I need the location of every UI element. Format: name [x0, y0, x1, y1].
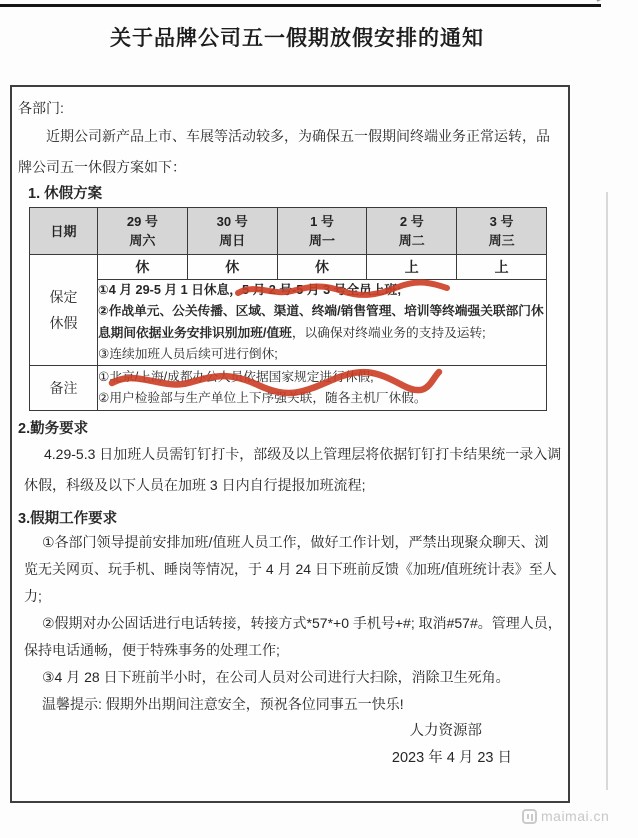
day-date: 1 号 — [310, 214, 334, 229]
day-week: 周二 — [399, 233, 425, 248]
remark-notes-cell: ①北京/上海/成都办公人员依据国家规定进行休假; ②用户检验部与生产单位上下序强… — [98, 366, 547, 411]
holiday-schedule-table: 日期 29 号 周六 30 号 周日 1 号 周一 2 号 周二 3 号 周三 — [29, 207, 547, 411]
section2-paragraph: 4.29-5.3 日加班人员需钉钉打卡，部级及以上管理层将依据钉钉打卡结果统一录… — [24, 439, 562, 501]
day-week: 周日 — [219, 233, 245, 248]
watermark-text: maimai.cn — [541, 808, 609, 824]
notice-page: { "doc": { "title": "关于品牌公司五一假期放假安排的通知",… — [0, 0, 638, 838]
remark-note-2: ②用户检验部与生产单位上下序强关联，随各主机厂休假。 — [98, 391, 427, 405]
baoding-notes-row: ①4 月 29-5 月 1 日休息，5 月 2 号-5 月 3 号全员上班; ②… — [30, 280, 547, 366]
day-date: 30 号 — [217, 214, 248, 229]
day-date: 3 号 — [490, 214, 514, 229]
header-cell-date-label: 日期 — [30, 208, 98, 255]
section3-item-3: ③4 月 28 日下班前半小时，在公司人员对公司进行大扫除，消除卫生死角。 — [24, 664, 562, 691]
notice-body-box: 各部门: 近期公司新产品上市、车展等活动较多，为确保五一假期间终端业务正常运转，… — [10, 85, 570, 803]
pen-mark-top-right — [597, 0, 612, 2]
section3-item-2: ②假期对办公固话进行电话转接，转接方式*57*+0 手机号+#; 取消#57#。… — [24, 610, 562, 664]
row-label-remark: 备注 — [30, 366, 98, 411]
maimai-logo-icon — [522, 809, 537, 824]
section2-heading: 2.勤务要求 — [18, 419, 562, 439]
baoding-note-3: ③连续加班人员后续可进行倒休; — [98, 347, 278, 361]
status-cell-day-29: 休 — [98, 255, 188, 280]
intro-paragraph: 近期公司新产品上市、车展等活动较多，为确保五一假期间终端业务正常运转，品牌公司五… — [18, 121, 562, 183]
day-week: 周六 — [129, 233, 155, 248]
header-cell-day-29: 29 号 周六 — [98, 208, 188, 255]
day-week: 周三 — [489, 233, 515, 248]
status-cell-day-2: 上 — [367, 255, 457, 280]
baoding-label-line2: 休假 — [50, 315, 78, 331]
status-cell-day-30: 休 — [187, 255, 277, 280]
page-edge-shadow-line — [606, 192, 608, 790]
baoding-label-line1: 保定 — [50, 289, 78, 305]
header-cell-day-2: 2 号 周二 — [367, 208, 457, 255]
row-label-baoding-holiday: 保定 休假 — [30, 255, 98, 366]
remark-row: 备注 ①北京/上海/成都办公人员依据国家规定进行休假; ②用户检验部与生产单位上… — [30, 366, 547, 411]
status-row: 保定 休假 休 休 休 上 上 — [30, 255, 547, 280]
friendly-reminder: 温馨提示: 假期外出期间注意安全，预祝各位同事五一快乐! — [24, 691, 562, 718]
day-date: 2 号 — [400, 214, 424, 229]
baoding-note-2-regular: ，以确保对终端业务的支持及运转; — [292, 326, 486, 340]
day-date: 29 号 — [127, 214, 158, 229]
watermark: maimai.cn — [522, 808, 609, 824]
day-week: 周一 — [309, 233, 335, 248]
signature-date: 2023 年 4 月 23 日 — [18, 745, 562, 772]
salutation: 各部门: — [18, 97, 562, 119]
header-cell-day-3: 3 号 周三 — [457, 208, 547, 255]
baoding-notes-cell: ①4 月 29-5 月 1 日休息，5 月 2 号-5 月 3 号全员上班; ②… — [98, 280, 547, 366]
document-title: 关于品牌公司五一假期放假安排的通知 — [0, 22, 594, 52]
table-header-row: 日期 29 号 周六 30 号 周日 1 号 周一 2 号 周二 3 号 周三 — [30, 208, 547, 255]
section3-heading: 3.假期工作要求 — [18, 509, 562, 529]
remark-note-1: ①北京/上海/成都办公人员依据国家规定进行休假; — [98, 370, 374, 384]
header-cell-day-30: 30 号 周日 — [187, 208, 277, 255]
status-cell-day-3: 上 — [457, 255, 547, 280]
signature-department: 人力资源部 — [18, 718, 562, 745]
header-cell-day-1: 1 号 周一 — [277, 208, 367, 255]
section3-item-1: ①各部门领导提前安排加班/值班人员工作，做好工作计划，严禁出现聚众聊天、浏览无关… — [24, 529, 562, 610]
baoding-note-1: ①4 月 29-5 月 1 日休息，5 月 2 号-5 月 3 号全员上班; — [98, 283, 401, 297]
section1-heading: 1. 休假方案 — [28, 185, 562, 203]
top-divider-line — [0, 4, 601, 7]
status-cell-day-1: 休 — [277, 255, 367, 280]
